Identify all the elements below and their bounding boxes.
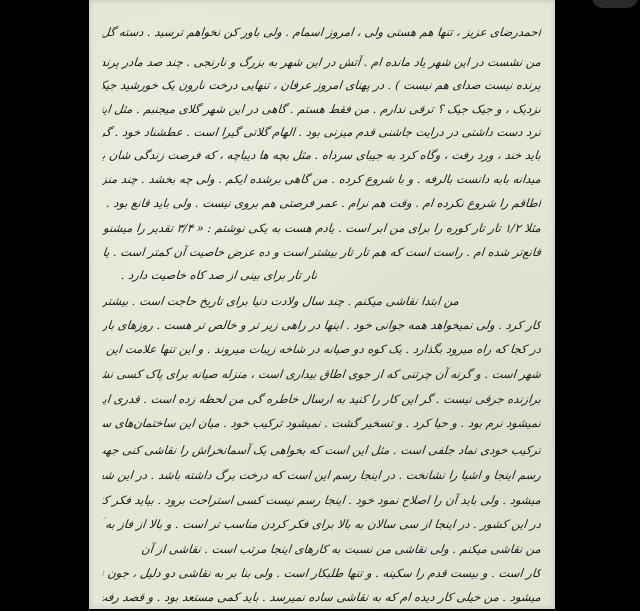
letter-line: رسم اینجا و اشیا را نشانخت . در اینجا رس… [102,468,541,482]
letter-line: من نشست در این شهر یاد مانده ام . آتش در… [102,55,541,69]
letter-line: شهر است . و گرنه آن چرتنی که از جوی اطاق… [102,367,541,381]
letter-line: ترد دست داشتی در درایت جاشنی قدم میزنی ب… [102,125,541,139]
letter-line: کار است . و بیست قدم را سکینه . و تنها ط… [102,566,541,580]
letter-line: برازنده جرقی نیست . گر این کار را کنید ب… [102,392,541,406]
letter-line: ترکیب خودی نماد جلفی است . مثل این است ک… [102,443,541,457]
letter-line: میشود . من خیلی کار دیده ام که به نقاشی … [102,590,541,604]
letter-line: نمیشود نرم بود . و حیا کرد . و تسخیر گشت… [102,416,541,430]
letter-text: احمدرضای عزیز ، تنها هم هستی ولی ، امروز… [89,0,555,609]
handwritten-letter-page: احمدرضای عزیز ، تنها هم هستی ولی ، امروز… [89,0,555,609]
letter-line: تار تار برای بینی از صد کاه خاصیت دارد . [120,268,318,282]
viewer-overlay-pill[interactable] [592,0,638,8]
letter-line: میدانه بابه دانست بالرفه . و با شروع کرد… [102,172,541,186]
letter-line: اطاقم را شروع نکرده ام . وقت هم نرام . ع… [102,196,541,210]
letter-line: باید خند ، ورد رفت ، وگاه کرد به جیبای س… [102,148,541,162]
letter-line: کار کرد . ولی نمیخواهد همه جوانی خود . ا… [102,318,541,332]
letter-line: قانع‌تر شده ام . راست است که هم تار تار … [102,245,541,259]
letter-line: من نقاشی میکنم . ولی نقاشی من نسبت به کا… [102,542,541,556]
letter-line: من ابتدا نقاشی میکنم . چند سال ولادت دنی… [102,294,459,308]
letter-line: احمدرضای عزیز ، تنها هم هستی ولی ، امروز… [102,25,541,39]
letter-line: مثلا ۱/۲ تار تار کوره را برای من ابر است… [102,221,541,235]
letter-line: در این کشور . در اینجا از سی سالان به با… [102,517,541,531]
letter-line: پرنده نیست صدای هم نیست ) . در پهنای امر… [102,78,541,92]
letter-line: در کجا که راه میرود بگذارد . یک کوه دو ص… [102,342,541,356]
letter-line: نزدیک ، و جیک جیک ؟ ترقی ندارم . من فقط … [102,102,541,116]
letter-line: میشود . ولی باید آن را اصلاح نمود خود . … [102,493,541,507]
